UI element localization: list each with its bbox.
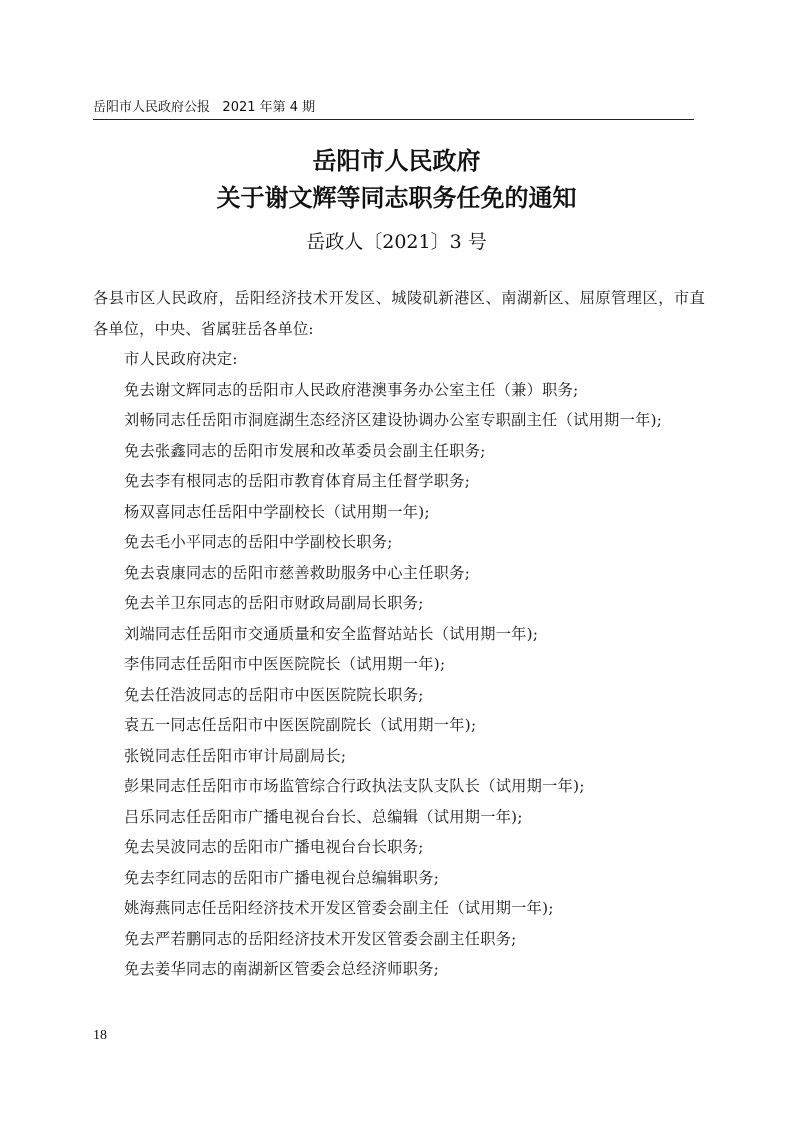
appointment-item: 免去姜华同志的南湖新区管委会总经济师职务;	[93, 954, 705, 985]
appointment-item: 吕乐同志任岳阳市广播电视台台长、总编辑（试用期一年);	[93, 802, 705, 833]
appointment-item: 免去吴波同志的岳阳市广播电视台台长职务;	[93, 832, 705, 863]
appointment-item: 刘畅同志任岳阳市洞庭湖生态经济区建设协调办公室专职副主任（试用期一年);	[93, 405, 705, 436]
document-title-line-1: 岳阳市人民政府	[0, 145, 793, 177]
page-number: 18	[93, 1028, 107, 1044]
appointment-item: 免去李红同志的岳阳市广播电视台总编辑职务;	[93, 863, 705, 894]
addressee: 各县市区人民政府，岳阳经济技术开发区、城陵矶新港区、南湖新区、屈原管理区，市直各…	[93, 283, 705, 344]
appointment-item: 免去谢文辉同志的岳阳市人民政府港澳事务办公室主任（兼）职务;	[93, 375, 705, 406]
appointment-item: 免去羊卫东同志的岳阳市财政局副局长职务;	[93, 588, 705, 619]
appointment-item: 张锐同志任岳阳市审计局副局长;	[93, 741, 705, 772]
running-header: 岳阳市人民政府公报 2021 年第 4 期	[93, 98, 694, 120]
appointment-item: 免去严若鹏同志的岳阳经济技术开发区管委会副主任职务;	[93, 924, 705, 955]
appointment-item: 彭果同志任岳阳市市场监管综合行政执法支队支队长（试用期一年);	[93, 771, 705, 802]
document-title-line-2: 关于谢文辉等同志职务任免的通知	[0, 182, 793, 214]
issue-label: 2021 年第 4 期	[222, 100, 315, 115]
publication-name: 岳阳市人民政府公报	[93, 100, 210, 115]
document-body: 各县市区人民政府，岳阳经济技术开发区、城陵矶新港区、南湖新区、屈原管理区，市直各…	[93, 283, 705, 985]
appointment-item: 李伟同志任岳阳市中医医院院长（试用期一年);	[93, 649, 705, 680]
appointment-item: 免去任浩波同志的岳阳市中医医院院长职务;	[93, 680, 705, 711]
appointment-item: 免去毛小平同志的岳阳中学副校长职务;	[93, 527, 705, 558]
appointment-item: 免去张鑫同志的岳阳市发展和改革委员会副主任职务;	[93, 436, 705, 467]
appointment-item: 免去李有根同志的岳阳市教育体育局主任督学职务;	[93, 466, 705, 497]
appointment-item: 袁五一同志任岳阳市中医医院副院长（试用期一年);	[93, 710, 705, 741]
document-number: 岳政人〔2021〕3 号	[0, 229, 793, 255]
appointment-item: 姚海燕同志任岳阳经济技术开发区管委会副主任（试用期一年);	[93, 893, 705, 924]
appointment-item: 杨双喜同志任岳阳中学副校长（试用期一年);	[93, 497, 705, 528]
appointment-item: 刘端同志任岳阳市交通质量和安全监督站站长（试用期一年);	[93, 619, 705, 650]
appointment-item: 免去袁康同志的岳阳市慈善救助服务中心主任职务;	[93, 558, 705, 589]
decision-intro: 市人民政府决定:	[93, 344, 705, 375]
